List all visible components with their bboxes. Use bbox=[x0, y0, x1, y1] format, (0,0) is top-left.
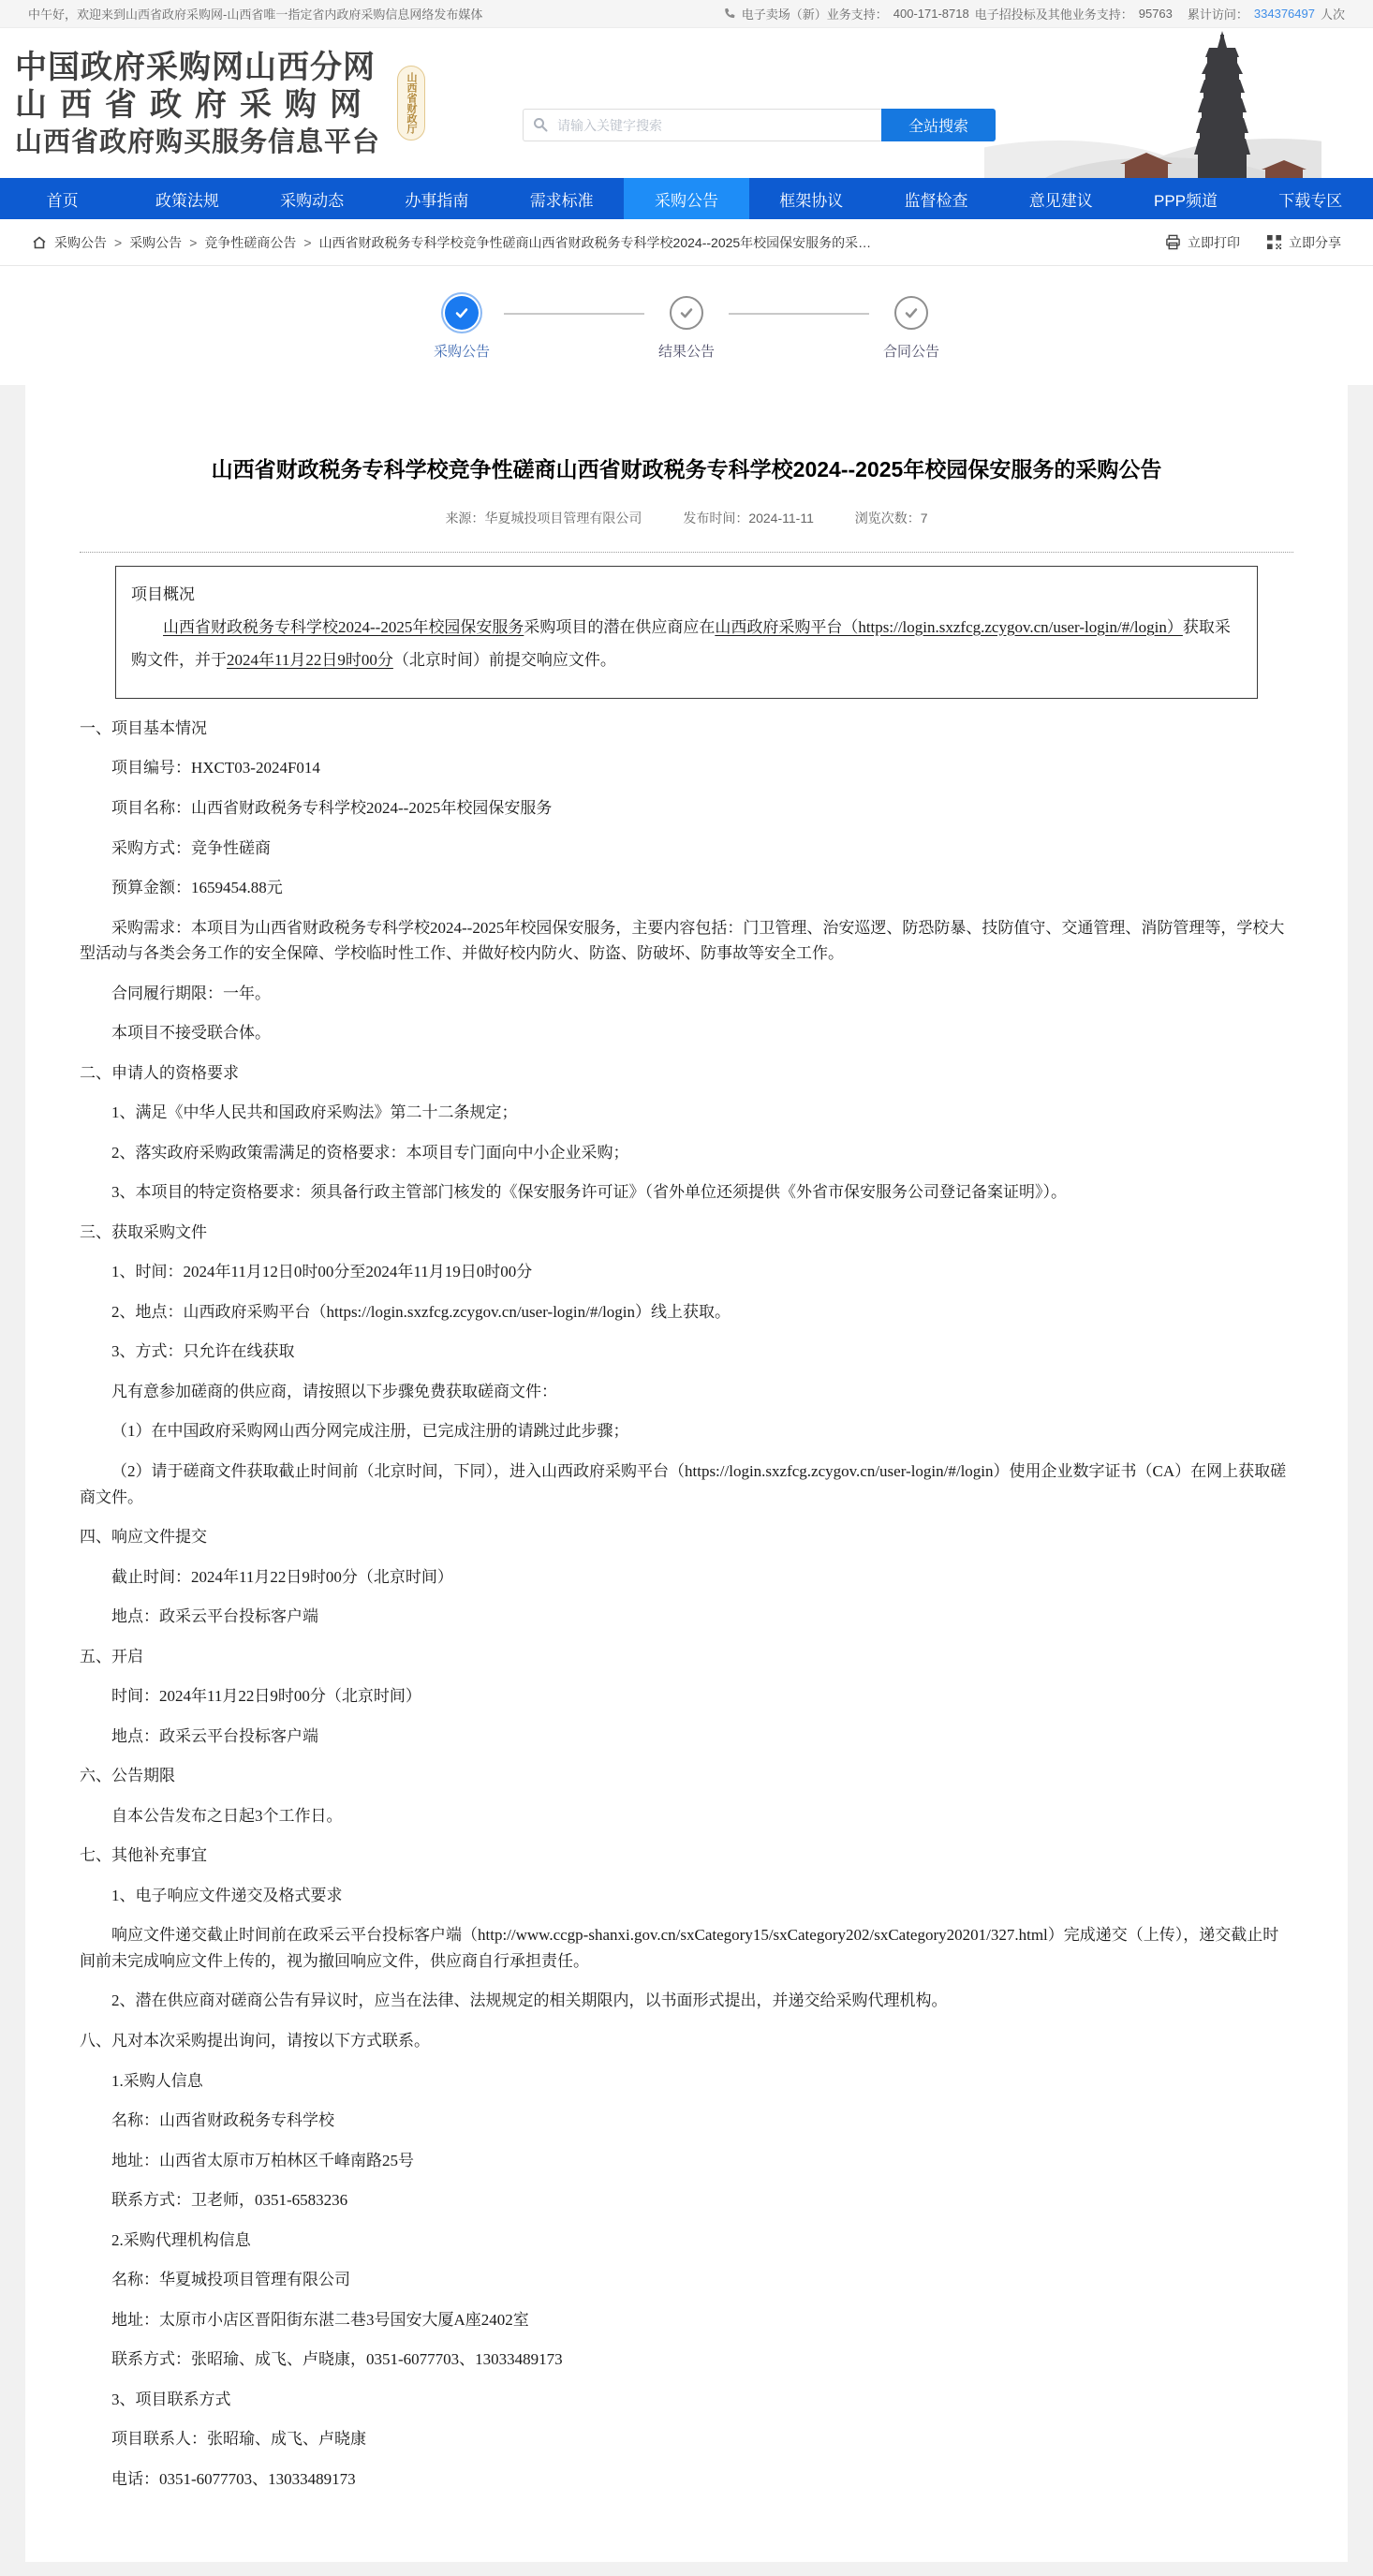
step-connector bbox=[729, 313, 869, 315]
doc-paragraph: 三、获取采购文件 bbox=[80, 1220, 1293, 1246]
doc-paragraph: 联系方式：张昭瑜、成飞、卢晓康，0351-6077703、13033489173 bbox=[80, 2347, 1293, 2373]
search-icon bbox=[533, 117, 548, 132]
doc-paragraph: 采购需求：本项目为山西省财政税务专科学校2024--2025年校园保安服务，主要… bbox=[80, 915, 1293, 967]
finance-department-seal: 山西省财政厅 bbox=[397, 66, 425, 141]
print-button[interactable]: 立即打印 bbox=[1165, 233, 1240, 252]
doc-paragraph: 1、满足《中华人民共和国政府采购法》第二十二条规定； bbox=[80, 1100, 1293, 1126]
main-nav: 首页 政策法规 采购动态 办事指南 需求标准 采购公告 框架协议 监督检查 意见… bbox=[0, 178, 1373, 219]
overview-deadline: 2024年11月22日9时00分 bbox=[227, 651, 393, 669]
dotted-divider bbox=[80, 552, 1293, 553]
doc-paragraph: 自本公告发布之日起3个工作日。 bbox=[80, 1803, 1293, 1829]
doc-paragraph: 七、其他补充事宜 bbox=[80, 1843, 1293, 1869]
doc-paragraph: （2）请于磋商文件获取截止时间前（北京时间，下同），进入山西政府采购平台（htt… bbox=[80, 1458, 1293, 1510]
qr-share-icon bbox=[1266, 234, 1282, 250]
topbar-greeting: 中午好，欢迎来到山西省政府采购网-山西省唯一指定省内政府采购信息网络发布媒体 bbox=[28, 5, 482, 22]
doc-paragraph: 截止时间：2024年11月22日9时00分（北京时间） bbox=[80, 1564, 1293, 1591]
views-label: 浏览次数： bbox=[855, 511, 921, 526]
step-result-announcement[interactable]: 结果公告 bbox=[644, 296, 729, 361]
breadcrumb-separator: > bbox=[114, 235, 122, 250]
breadcrumb-item[interactable]: 竞争性磋商公告 bbox=[204, 233, 296, 252]
announcement-steps-section: 采购公告 结果公告 合同公告 bbox=[0, 266, 1373, 385]
support2-label: 电子招投标及其他业务支持： bbox=[975, 5, 1133, 22]
doc-paragraph: 地址：太原市小店区晋阳街东湛二巷3号国安大厦A座2402室 bbox=[80, 2307, 1293, 2333]
site-header: 中国政府采购网山西分网 山西省政府采购网 山西省政府购买服务信息平台 山西省财政… bbox=[0, 28, 1373, 178]
support1-value: 400-171-8718 bbox=[893, 7, 969, 21]
check-icon bbox=[670, 296, 703, 330]
doc-paragraph: 3、本项目的特定资格要求：须具备行政主管部门核发的《保安服务许可证》（省外单位还… bbox=[80, 1179, 1293, 1206]
visits-unit: 人次 bbox=[1321, 5, 1345, 22]
breadcrumb-actions: 立即打印 立即分享 bbox=[1165, 233, 1341, 252]
phone-icon bbox=[723, 7, 736, 21]
pagoda-tower-art bbox=[984, 31, 1321, 178]
printer-icon bbox=[1165, 234, 1181, 250]
page-title: 山西省财政税务专科学校竞争性磋商山西省财政税务专科学校2024--2025年校园… bbox=[134, 451, 1239, 488]
announcement-card: 山西省财政税务专科学校竞争性磋商山西省财政税务专科学校2024--2025年校园… bbox=[25, 385, 1348, 2562]
nav-item-feedback[interactable]: 意见建议 bbox=[998, 178, 1123, 219]
doc-paragraph: 预算金额：1659454.88元 bbox=[80, 875, 1293, 901]
topbar-support: 电子卖场（新）业务支持：400-171-8718 电子招投标及其他业务支持：95… bbox=[723, 5, 1345, 22]
home-icon[interactable] bbox=[32, 235, 47, 250]
nav-item-guide[interactable]: 办事指南 bbox=[375, 178, 499, 219]
breadcrumb-item[interactable]: 采购公告 bbox=[129, 233, 182, 252]
doc-paragraph: 一、项目基本情况 bbox=[80, 716, 1293, 742]
doc-paragraph: 本项目不接受联合体。 bbox=[80, 1020, 1293, 1046]
share-label: 立即分享 bbox=[1289, 233, 1341, 252]
nav-item-supervision[interactable]: 监督检查 bbox=[874, 178, 998, 219]
doc-paragraph: 2.采购代理机构信息 bbox=[80, 2228, 1293, 2254]
overview-heading: 项目概况 bbox=[131, 580, 1242, 610]
nav-item-framework-agreements[interactable]: 框架协议 bbox=[749, 178, 874, 219]
nav-item-procurement-announcements[interactable]: 采购公告 bbox=[624, 178, 748, 219]
doc-paragraph: 电话：0351-6077703、13033489173 bbox=[80, 2466, 1293, 2493]
doc-paragraph: 合同履行期限：一年。 bbox=[80, 981, 1293, 1007]
overview-platform-link[interactable]: 山西政府采购平台（https://login.sxzfcg.zcygov.cn/… bbox=[715, 618, 1183, 636]
doc-paragraph: 采购方式：竞争性磋商 bbox=[80, 836, 1293, 862]
print-label: 立即打印 bbox=[1188, 233, 1240, 252]
doc-paragraph: 八、凡对本次采购提出询问，请按以下方式联系。 bbox=[80, 2028, 1293, 2054]
logo-line3: 山西省政府购买服务信息平台 bbox=[15, 124, 380, 161]
announcement-steps: 采购公告 结果公告 合同公告 bbox=[0, 296, 1373, 361]
step-label: 采购公告 bbox=[434, 341, 490, 361]
doc-paragraph: 时间：2024年11月22日9时00分（北京时间） bbox=[80, 1683, 1293, 1710]
support1-label: 电子卖场（新）业务支持： bbox=[742, 5, 888, 22]
doc-paragraph: 五、开启 bbox=[80, 1644, 1293, 1670]
doc-paragraph: 项目名称：山西省财政税务专科学校2024--2025年校园保安服务 bbox=[80, 795, 1293, 822]
check-icon bbox=[894, 296, 928, 330]
doc-paragraph: 名称：山西省财政税务专科学校 bbox=[80, 2108, 1293, 2134]
doc-paragraph: 项目编号：HXCT03-2024F014 bbox=[80, 755, 1293, 781]
doc-paragraph: 联系方式：卫老师，0351-6583236 bbox=[80, 2187, 1293, 2213]
doc-paragraph: 六、公告期限 bbox=[80, 1763, 1293, 1789]
nav-item-home[interactable]: 首页 bbox=[0, 178, 125, 219]
doc-paragraph: 1、时间：2024年11月12日0时00分至2024年11月19日0时00分 bbox=[80, 1259, 1293, 1285]
step-label: 合同公告 bbox=[883, 341, 939, 361]
publish-time-label: 发布时间： bbox=[683, 511, 748, 526]
doc-paragraph: 项目联系人：张昭瑜、成飞、卢晓康 bbox=[80, 2426, 1293, 2452]
step-connector bbox=[504, 313, 644, 315]
doc-paragraph: 名称：华夏城投项目管理有限公司 bbox=[80, 2267, 1293, 2293]
source-value: 华夏城投项目管理有限公司 bbox=[484, 511, 642, 526]
doc-paragraph: 响应文件递交截止时间前在政采云平台投标客户端（http://www.ccgp-s… bbox=[80, 1922, 1293, 1974]
doc-paragraph: 1、电子响应文件递交及格式要求 bbox=[80, 1883, 1293, 1909]
source-label: 来源： bbox=[445, 511, 484, 526]
overview-paragraph: 山西省财政税务专科学校2024--2025年校园保安服务采购项目的潜在供应商应在… bbox=[131, 611, 1242, 677]
doc-paragraph: 2、潜在供应商对磋商公告有异议时，应当在法律、法规规定的相关期限内，以书面形式提… bbox=[80, 1988, 1293, 2014]
doc-paragraph: 3、方式：只允许在线获取 bbox=[80, 1339, 1293, 1365]
overview-text: （北京时间）前提交响应文件。 bbox=[393, 651, 616, 669]
overview-text: 采购项目的潜在供应商应在 bbox=[524, 618, 715, 636]
nav-item-downloads[interactable]: 下载专区 bbox=[1248, 178, 1373, 219]
doc-paragraph: 3、项目联系方式 bbox=[80, 2387, 1293, 2413]
logo-line2: 山西省政府采购网 bbox=[15, 86, 380, 124]
overview-project-name: 山西省财政税务专科学校2024--2025年校园保安服务 bbox=[163, 618, 524, 636]
doc-paragraph: 二、申请人的资格要求 bbox=[80, 1060, 1293, 1087]
check-icon bbox=[445, 296, 479, 330]
breadcrumb-separator: > bbox=[303, 235, 311, 250]
step-contract-announcement[interactable]: 合同公告 bbox=[869, 296, 953, 361]
doc-paragraph: 四、响应文件提交 bbox=[80, 1524, 1293, 1550]
visits-count[interactable]: 334376497 bbox=[1254, 7, 1315, 21]
publish-time-value: 2024-11-11 bbox=[748, 511, 814, 526]
project-overview-box: 项目概况 山西省财政税务专科学校2024--2025年校园保安服务采购项目的潜在… bbox=[115, 566, 1258, 699]
step-label: 结果公告 bbox=[658, 341, 715, 361]
breadcrumb: 采购公告 > 采购公告 > 竞争性磋商公告 > 山西省财政税务专科学校竞争性磋商… bbox=[32, 233, 871, 252]
doc-paragraph: 凡有意参加磋商的供应商，请按照以下步骤免费获取磋商文件： bbox=[80, 1379, 1293, 1405]
logo-line1: 中国政府采购网山西分网 bbox=[15, 49, 380, 86]
doc-paragraph: 地点：政采云平台投标客户端 bbox=[80, 1724, 1293, 1750]
share-button[interactable]: 立即分享 bbox=[1266, 233, 1341, 252]
article-meta: 来源：华夏城投项目管理有限公司 发布时间：2024-11-11 浏览次数：7 bbox=[80, 509, 1293, 527]
step-procurement-announcement[interactable]: 采购公告 bbox=[420, 296, 504, 361]
breadcrumb-bar: 采购公告 > 采购公告 > 竞争性磋商公告 > 山西省财政税务专科学校竞争性磋商… bbox=[0, 219, 1373, 266]
page-body: 山西省财政税务专科学校竞争性磋商山西省财政税务专科学校2024--2025年校园… bbox=[0, 385, 1373, 2576]
nav-item-requirement-standards[interactable]: 需求标准 bbox=[499, 178, 624, 219]
views-value: 7 bbox=[921, 511, 928, 526]
doc-paragraph: 2、地点：山西政府采购平台（https://login.sxzfcg.zcygo… bbox=[80, 1299, 1293, 1325]
nav-item-procurement-news[interactable]: 采购动态 bbox=[250, 178, 375, 219]
nav-item-policies[interactable]: 政策法规 bbox=[125, 178, 249, 219]
doc-paragraph: 地址：山西省太原市万柏林区千峰南路25号 bbox=[80, 2148, 1293, 2174]
breadcrumb-current: 山西省财政税务专科学校竞争性磋商山西省财政税务专科学校2024--2025年校园… bbox=[319, 233, 872, 252]
site-logo[interactable]: 中国政府采购网山西分网 山西省政府采购网 山西省政府购买服务信息平台 bbox=[15, 49, 380, 161]
site-search: 全站搜索 bbox=[523, 109, 996, 141]
support2-value: 95763 bbox=[1139, 7, 1173, 21]
doc-paragraph: 1.采购人信息 bbox=[80, 2068, 1293, 2095]
search-input[interactable] bbox=[523, 109, 881, 141]
topbar: 中午好，欢迎来到山西省政府采购网-山西省唯一指定省内政府采购信息网络发布媒体 电… bbox=[0, 0, 1373, 28]
doc-paragraph: 地点：政采云平台投标客户端 bbox=[80, 1604, 1293, 1630]
search-button[interactable]: 全站搜索 bbox=[881, 109, 996, 141]
doc-paragraph: 2、落实政府采购政策需满足的资格要求：本项目专门面向中小企业采购； bbox=[80, 1140, 1293, 1166]
breadcrumb-item[interactable]: 采购公告 bbox=[54, 233, 107, 252]
nav-item-ppp-channel[interactable]: PPP频道 bbox=[1123, 178, 1248, 219]
visits-label: 累计访问： bbox=[1188, 5, 1248, 22]
breadcrumb-separator: > bbox=[189, 235, 197, 250]
doc-paragraph: （1）在中国政府采购网山西分网完成注册，已完成注册的请跳过此步骤； bbox=[80, 1418, 1293, 1444]
document-body: 一、项目基本情况项目编号：HXCT03-2024F014项目名称：山西省财政税务… bbox=[80, 716, 1293, 2492]
